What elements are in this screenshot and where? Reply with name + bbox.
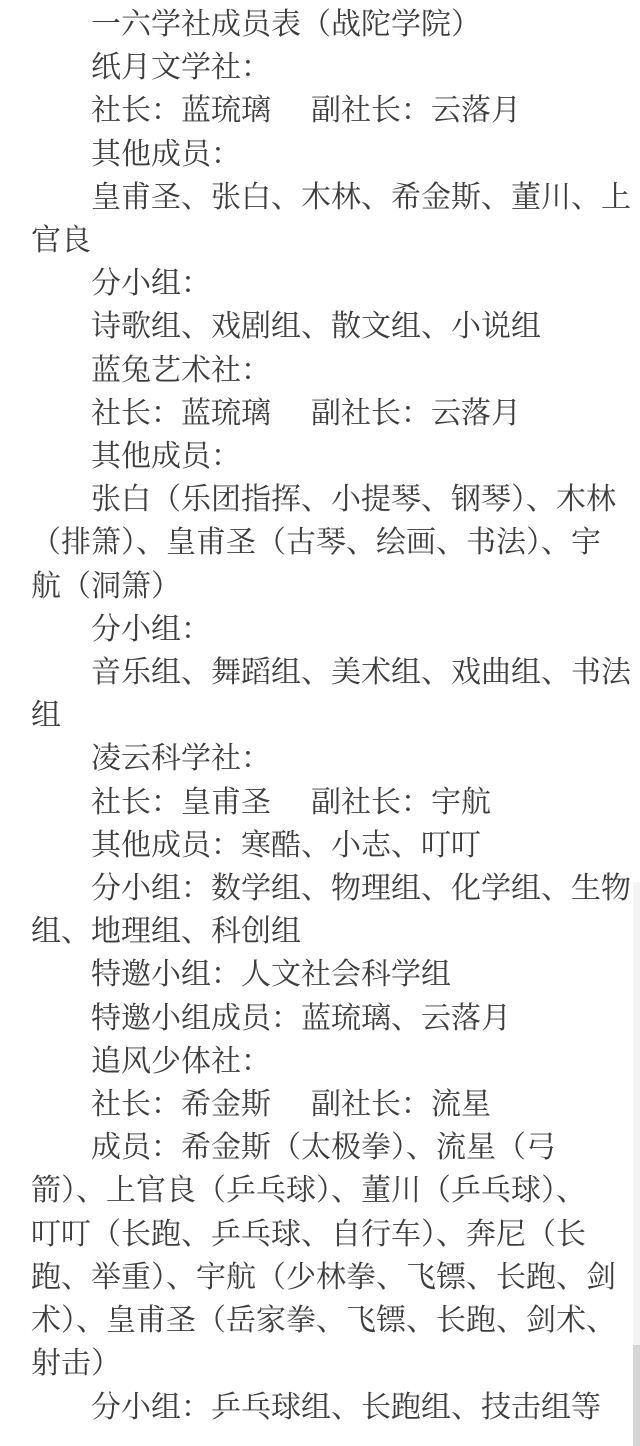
text-line: 其他成员： (31, 133, 632, 176)
text-line: 特邀小组：人文社会科学组 (31, 953, 632, 996)
text-line: 分小组：数学组、物理组、化学组、生物 (31, 867, 632, 910)
text-line: 音乐组、舞蹈组、美术组、戏曲组、书法 (31, 651, 632, 694)
text-line: 其他成员：寒酷、小志、叮叮 (31, 824, 632, 867)
club-leader: 社长：希金斯 (91, 1088, 271, 1121)
text-line: （排箫）、皇甫圣（古琴、绘画、书法）、宇 (31, 521, 632, 564)
club-name: 追风少体社： (31, 1040, 632, 1083)
reader-page: 一六学社成员表（战陀学院） 纸月文学社： 社长：蓝琉璃副社长：云落月 其他成员：… (0, 0, 640, 1446)
club-name: 蓝兔艺术社： (31, 349, 632, 392)
text-line: 分小组：乒乓球组、长跑组、技击组等 (31, 1386, 632, 1429)
reading-content: 一六学社成员表（战陀学院） 纸月文学社： 社长：蓝琉璃副社长：云落月 其他成员：… (0, 0, 640, 1429)
club-leader: 社长：蓝琉璃 (91, 94, 271, 127)
text-line: 张白（乐团指挥、小提琴、钢琴）、木林 (31, 478, 632, 521)
text-line: 社长：皇甫圣副社长：宇航 (31, 781, 632, 824)
club-leader: 社长：皇甫圣 (91, 786, 271, 819)
text-line: 组 (31, 694, 632, 737)
text-line: 分小组： (31, 262, 632, 305)
document-title: 一六学社成员表（战陀学院） (31, 3, 632, 46)
text-line: 特邀小组成员：蓝琉璃、云落月 (31, 997, 632, 1040)
text-line: 分小组： (31, 608, 632, 651)
text-line: 叮叮（长跑、乒乓球、自行车）、奔尼（长 (31, 1213, 632, 1256)
club-name: 凌云科学社： (31, 737, 632, 780)
text-line: 射击） (31, 1342, 632, 1385)
text-line: 诗歌组、戏剧组、散文组、小说组 (31, 305, 632, 348)
text-line: 箭）、上官良（乒乓球）、董川（乒乓球）、 (31, 1169, 632, 1212)
club-deputy: 副社长：云落月 (311, 94, 521, 127)
text-line: 社长：蓝琉璃副社长：云落月 (31, 89, 632, 132)
text-line: 社长：蓝琉璃副社长：云落月 (31, 392, 632, 435)
text-line: 成员：希金斯（太极拳）、流星（弓 (31, 1126, 632, 1169)
text-line: 皇甫圣、张白、木林、希金斯、董川、上 (31, 176, 632, 219)
text-line: 术）、皇甫圣（岳家拳、飞镖、长跑、剑术、 (31, 1299, 632, 1342)
club-deputy: 副社长：云落月 (311, 397, 521, 430)
text-line: 跑、举重）、宇航（少林拳、飞镖、长跑、剑 (31, 1256, 632, 1299)
club-deputy: 副社长：宇航 (311, 786, 491, 819)
text-line: 其他成员： (31, 435, 632, 478)
club-deputy: 副社长：流星 (311, 1088, 491, 1121)
text-line: 社长：希金斯副社长：流星 (31, 1083, 632, 1126)
scrollbar-thumb[interactable] (633, 1345, 640, 1446)
text-line: 官良 (31, 219, 632, 262)
text-line: 组、地理组、科创组 (31, 910, 632, 953)
club-leader: 社长：蓝琉璃 (91, 397, 271, 430)
club-name: 纸月文学社： (31, 46, 632, 89)
text-line: 航（洞箫） (31, 565, 632, 608)
